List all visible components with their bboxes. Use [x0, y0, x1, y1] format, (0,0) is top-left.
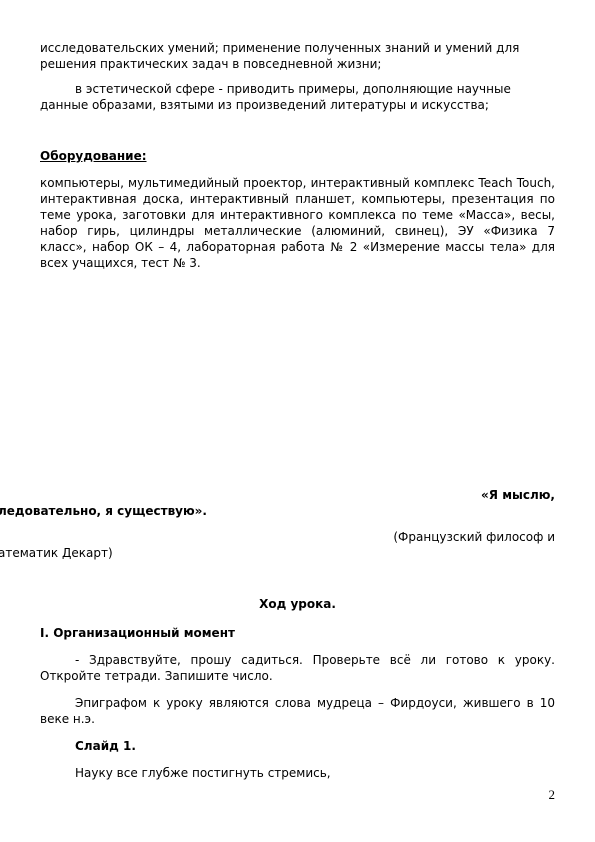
document-page: исследовательских умений; применение пол… — [0, 0, 595, 842]
paragraph-epigraph-intro: Эпиграфом к уроку являются слова мудреца… — [40, 695, 555, 727]
top-content-block: исследовательских умений; применение пол… — [40, 40, 555, 271]
epigraph-quote-line-1: «Я мыслю, — [40, 487, 555, 503]
slide-1-label: Слайд 1. — [40, 738, 555, 754]
paragraph-aesthetic-sphere: в эстетической сфере - приводить примеры… — [40, 81, 555, 113]
epigraph-attribution-line-2: атематик Декарт) — [0, 545, 113, 561]
epigraph-quote-line-2: ледовательно, я существую». — [0, 503, 207, 519]
lesson-flow-heading: Ход урока. — [40, 596, 555, 612]
paragraph-greeting: - Здравствуйте, прошу садиться. Проверьт… — [40, 652, 555, 684]
page-number: 2 — [549, 787, 556, 803]
section-1-title: I. Организационный момент — [40, 625, 555, 641]
poem-quote-line: Науку все глубже постигнуть стремись, — [40, 765, 555, 781]
lesson-content-block: Ход урока. I. Организационный момент - З… — [40, 596, 555, 781]
equipment-list-paragraph: компьютеры, мультимедийный проектор, инт… — [40, 175, 555, 271]
equipment-heading: Оборудование: — [40, 148, 555, 164]
epigraph-attribution-line-1: (Французский философ и — [40, 529, 555, 545]
paragraph-research-skills: исследовательских умений; применение пол… — [40, 40, 555, 72]
